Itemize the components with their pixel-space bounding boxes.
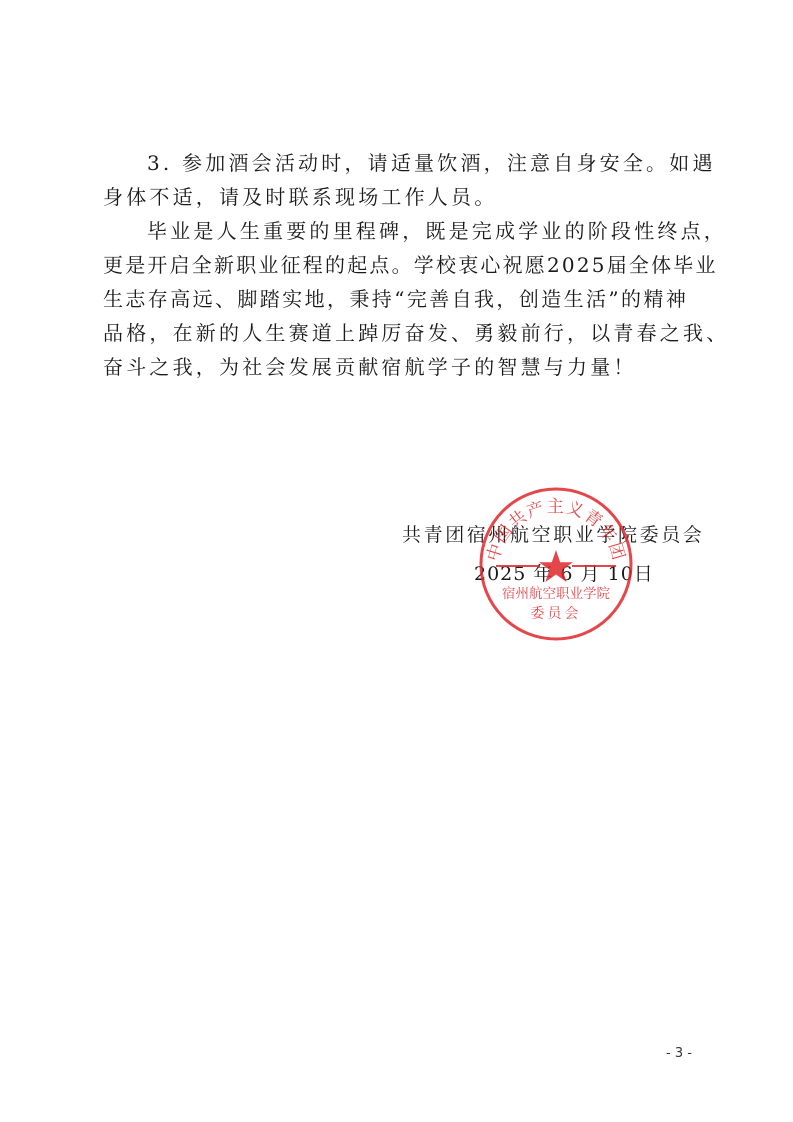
document-page: 3. 参加酒会活动时，请适量饮酒，注意自身安全。如遇 身体不适，请及时联系现场工… xyxy=(0,0,793,1122)
paragraph-1-line-2: 身体不适，请及时联系现场工作人员。 xyxy=(103,180,693,214)
body-text: 3. 参加酒会活动时，请适量饮酒，注意自身安全。如遇 身体不适，请及时联系现场工… xyxy=(103,146,693,384)
paragraph-2-line-1: 毕业是人生重要的里程碑，既是完成学业的阶段性终点， xyxy=(103,214,693,248)
paragraph-1-line-1: 3. 参加酒会活动时，请适量饮酒，注意自身安全。如遇 xyxy=(103,146,693,180)
paragraph-2-line-4: 品格，在新的人生赛道上踔厉奋发、勇毅前行，以青春之我、 xyxy=(103,316,693,350)
seal-bottom-line-2: 委员会 xyxy=(531,606,582,622)
paragraph-2-line-2: 更是开启全新职业征程的起点。学校衷心祝愿2025届全体毕业 xyxy=(103,248,693,282)
paragraph-2-line-5: 奋斗之我，为社会发展贡献宿航学子的智慧与力量！ xyxy=(103,350,693,384)
paragraph-2-line-3: 生志存高远、脚踏实地，秉持“完善自我，创造生活”的精神 xyxy=(103,282,693,316)
signature-date: 2025 年 6 月 10日 xyxy=(474,559,654,589)
page-number: - 3 - xyxy=(666,1046,692,1061)
signature-organization: 共青团宿州航空职业学院委员会 xyxy=(402,520,704,550)
